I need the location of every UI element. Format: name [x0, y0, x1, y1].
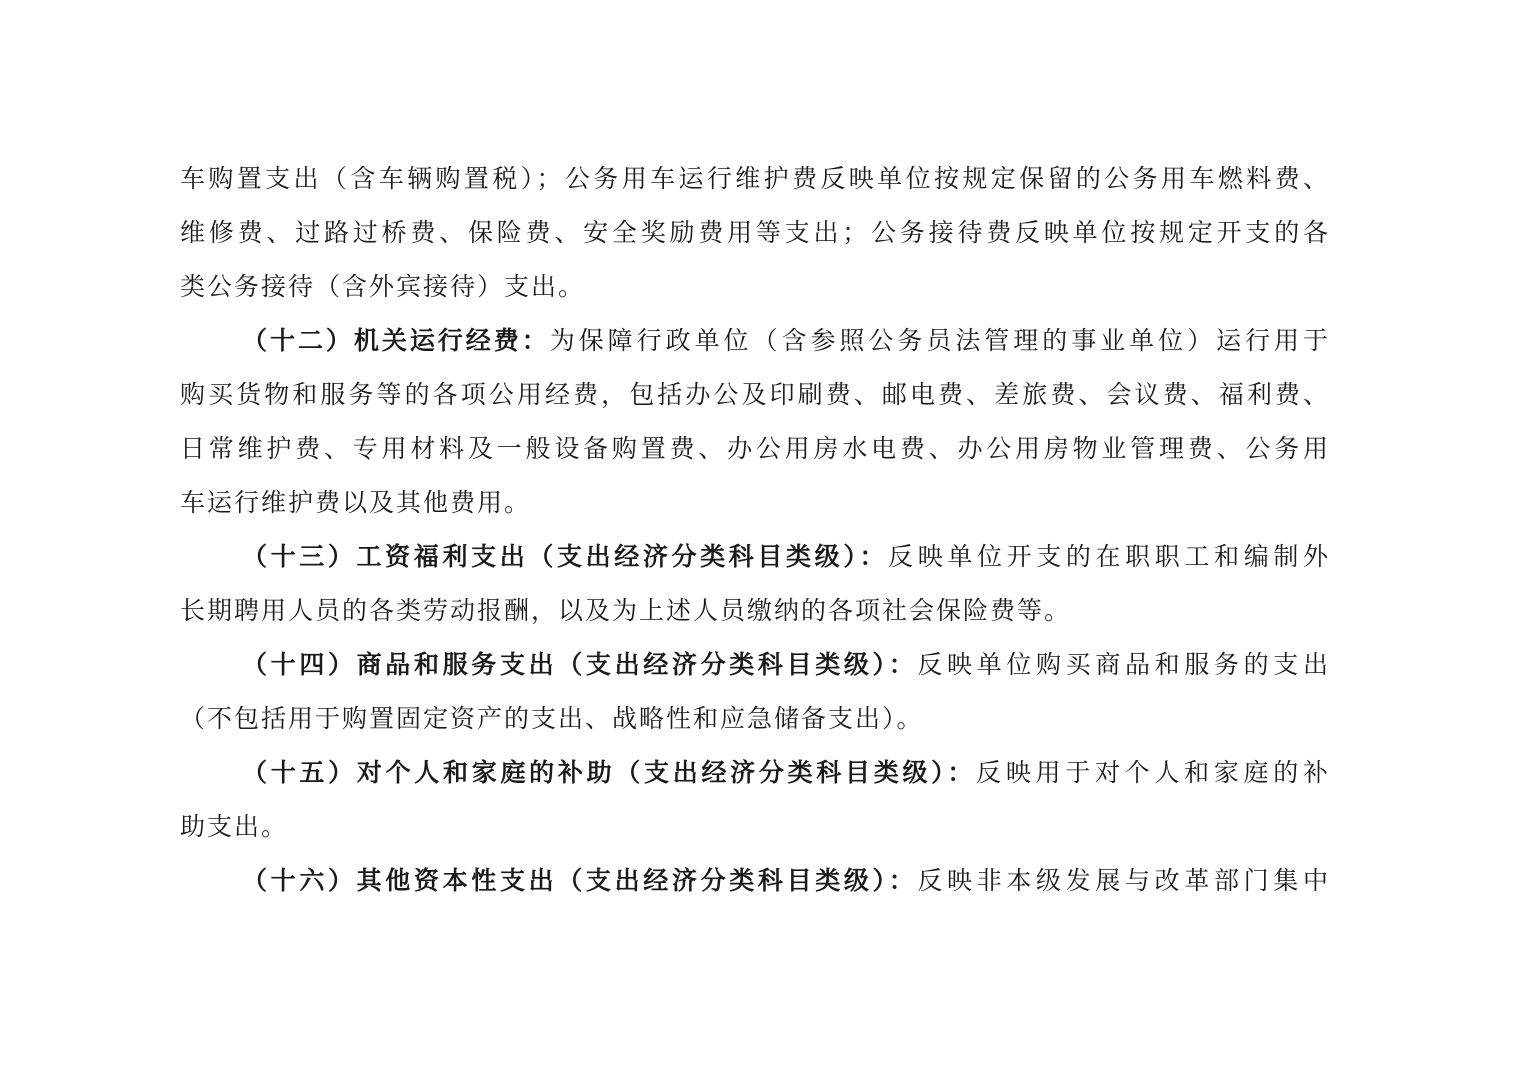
text-line: （十五）对个人和家庭的补助（支出经济分类科目类级）：反映用于对个人和家庭的补: [180, 746, 1330, 800]
text-line: 维修费、过路过桥费、保险费、安全奖励费用等支出；公务接待费反映单位按规定开支的各: [180, 206, 1330, 260]
paragraph-12: （十二）机关运行经费：为保障行政单位（含参照公务员法管理的事业单位）运行用于 购…: [180, 314, 1330, 530]
line-text: 为保障行政单位（含参照公务员法管理的事业单位）运行用于: [550, 326, 1330, 355]
paragraph-16: （十六）其他资本性支出（支出经济分类科目类级）：反映非本级发展与改革部门集中: [180, 854, 1330, 908]
document-page: 车购置支出（含车辆购置税）；公务用车运行维护费反映单位按规定保留的公务用车燃料费…: [180, 152, 1330, 908]
text-line: 日常维护费、专用材料及一般设备购置费、办公用房水电费、办公用房物业管理费、公务用: [180, 422, 1330, 476]
text-line: 车购置支出（含车辆购置税）；公务用车运行维护费反映单位按规定保留的公务用车燃料费…: [180, 152, 1330, 206]
line-text: 日常维护费、专用材料及一般设备购置费、办公用房水电费、办公用房物业管理费、公务用: [180, 434, 1330, 463]
line-text: 反映用于对个人和家庭的补: [976, 758, 1330, 787]
text-line: 车运行维护费以及其他费用。: [180, 476, 1330, 530]
line-text: 车运行维护费以及其他费用。: [180, 488, 531, 517]
line-text: 反映非本级发展与改革部门集中: [917, 866, 1330, 895]
text-line: （十三）工资福利支出（支出经济分类科目类级）：反映单位开支的在职职工和编制外: [180, 530, 1330, 584]
text-line: （十四）商品和服务支出（支出经济分类科目类级）：反映单位购买商品和服务的支出: [180, 638, 1330, 692]
line-text: 长期聘用人员的各类劳动报酬，以及为上述人员缴纳的各项社会保险费等。: [180, 596, 1071, 625]
section-heading: （十二）机关运行经费：: [242, 326, 550, 355]
line-text: 助支出。: [180, 812, 288, 841]
text-line: 长期聘用人员的各类劳动报酬，以及为上述人员缴纳的各项社会保险费等。: [180, 584, 1330, 638]
text-line: 类公务接待（含外宾接待）支出。: [180, 260, 1330, 314]
text-line: （十二）机关运行经费：为保障行政单位（含参照公务员法管理的事业单位）运行用于: [180, 314, 1330, 368]
section-heading: （十六）其他资本性支出（支出经济分类科目类级）：: [242, 866, 917, 895]
text-line: （十六）其他资本性支出（支出经济分类科目类级）：反映非本级发展与改革部门集中: [180, 854, 1330, 908]
line-text: 车购置支出（含车辆购置税）；公务用车运行维护费反映单位按规定保留的公务用车燃料费…: [180, 164, 1330, 193]
section-heading: （十三）工资福利支出（支出经济分类科目类级）：: [242, 542, 888, 571]
text-line: （不包括用于购置固定资产的支出、战略性和应急储备支出）。: [180, 692, 1330, 746]
section-heading: （十四）商品和服务支出（支出经济分类科目类级）：: [242, 650, 917, 679]
line-text: 维修费、过路过桥费、保险费、安全奖励费用等支出；公务接待费反映单位按规定开支的各: [180, 218, 1330, 247]
section-heading: （十五）对个人和家庭的补助（支出经济分类科目类级）：: [242, 758, 976, 787]
text-line: 购买货物和服务等的各项公用经费，包括办公及印刷费、邮电费、差旅费、会议费、福利费…: [180, 368, 1330, 422]
line-text: 反映单位购买商品和服务的支出: [917, 650, 1330, 679]
paragraph-13: （十三）工资福利支出（支出经济分类科目类级）：反映单位开支的在职职工和编制外 长…: [180, 530, 1330, 638]
paragraph-14: （十四）商品和服务支出（支出经济分类科目类级）：反映单位购买商品和服务的支出 （…: [180, 638, 1330, 746]
line-text: （不包括用于购置固定资产的支出、战略性和应急储备支出）。: [180, 704, 924, 733]
paragraph-15: （十五）对个人和家庭的补助（支出经济分类科目类级）：反映用于对个人和家庭的补 助…: [180, 746, 1330, 854]
line-text: 反映单位开支的在职职工和编制外: [888, 542, 1330, 571]
paragraph-continued: 车购置支出（含车辆购置税）；公务用车运行维护费反映单位按规定保留的公务用车燃料费…: [180, 152, 1330, 314]
line-text: 购买货物和服务等的各项公用经费，包括办公及印刷费、邮电费、差旅费、会议费、福利费…: [180, 380, 1330, 409]
line-text: 类公务接待（含外宾接待）支出。: [180, 272, 585, 301]
text-line: 助支出。: [180, 800, 1330, 854]
